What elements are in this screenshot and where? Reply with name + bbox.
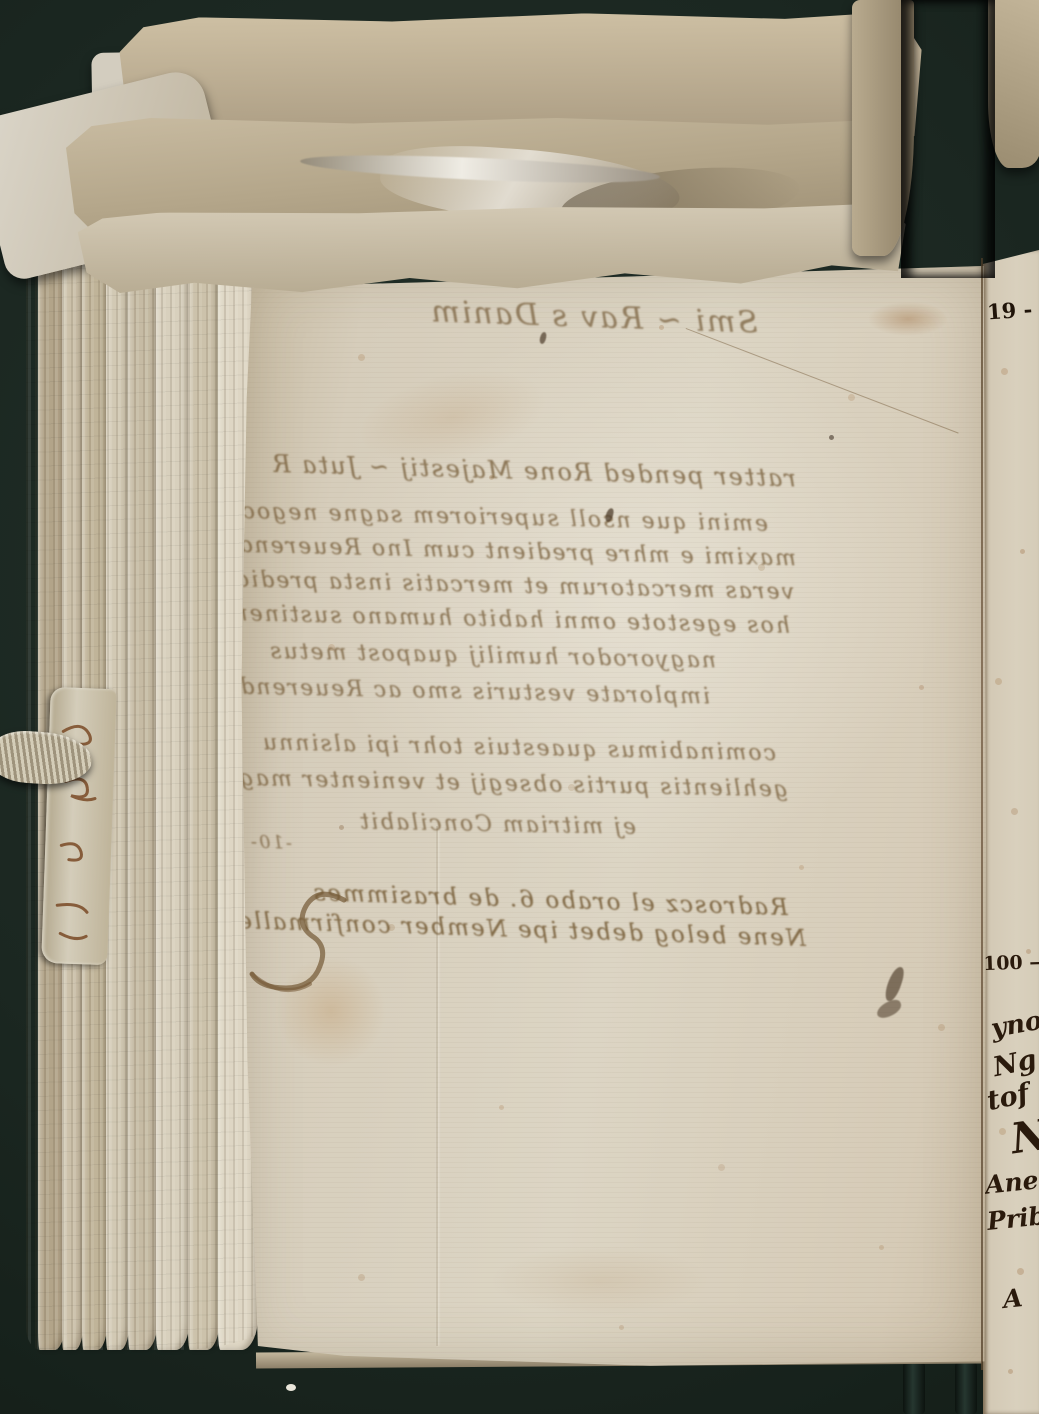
ink-fragment: yno (989, 1006, 1039, 1044)
ink-blot (604, 507, 614, 522)
ink-fragment: Ane (984, 1165, 1039, 1199)
ink-fragment: Ng (990, 1044, 1039, 1083)
page-gutter-crease (981, 258, 983, 1370)
ink-blot (874, 997, 903, 1020)
fore-edge-strip (156, 228, 190, 1350)
manuscript-verso-page: Smi ~ Rav s Danim ratter pended Rone Maj… (240, 266, 986, 1368)
ink-blot (539, 332, 547, 345)
fore-edge-strip (128, 228, 158, 1350)
spine-cord-edge (909, 0, 914, 278)
spine-ridge (903, 1362, 925, 1414)
ink-blot-group (240, 266, 986, 1368)
ink-fragment: 100 — (983, 951, 1039, 975)
front-torn-lip (77, 202, 906, 298)
archive-photo: 19 - 100 —ynoNgtofNAnePribA Smi ~ Rav s … (0, 0, 1039, 1414)
spine-ridge (955, 1362, 977, 1414)
ink-fragment: N (1008, 1110, 1039, 1164)
ink-fragment: tof (984, 1078, 1032, 1117)
torn-wad-top-right (988, 0, 1039, 168)
ink-blot (883, 965, 906, 1003)
crumpled-page-stack (0, 0, 1039, 320)
spine-binding (901, 0, 995, 278)
curled-page-edge (41, 687, 117, 965)
fore-edge-strip (188, 228, 220, 1350)
ink-fragment: Prib (986, 1201, 1039, 1236)
paper-fleck (286, 1384, 296, 1391)
ink-fragments: 100 —ynoNgtofNAnePribA (983, 250, 1039, 1414)
facing-page-sliver: 19 - 100 —ynoNgtofNAnePribA (983, 250, 1039, 1414)
ink-fragment: A (1002, 1283, 1024, 1314)
